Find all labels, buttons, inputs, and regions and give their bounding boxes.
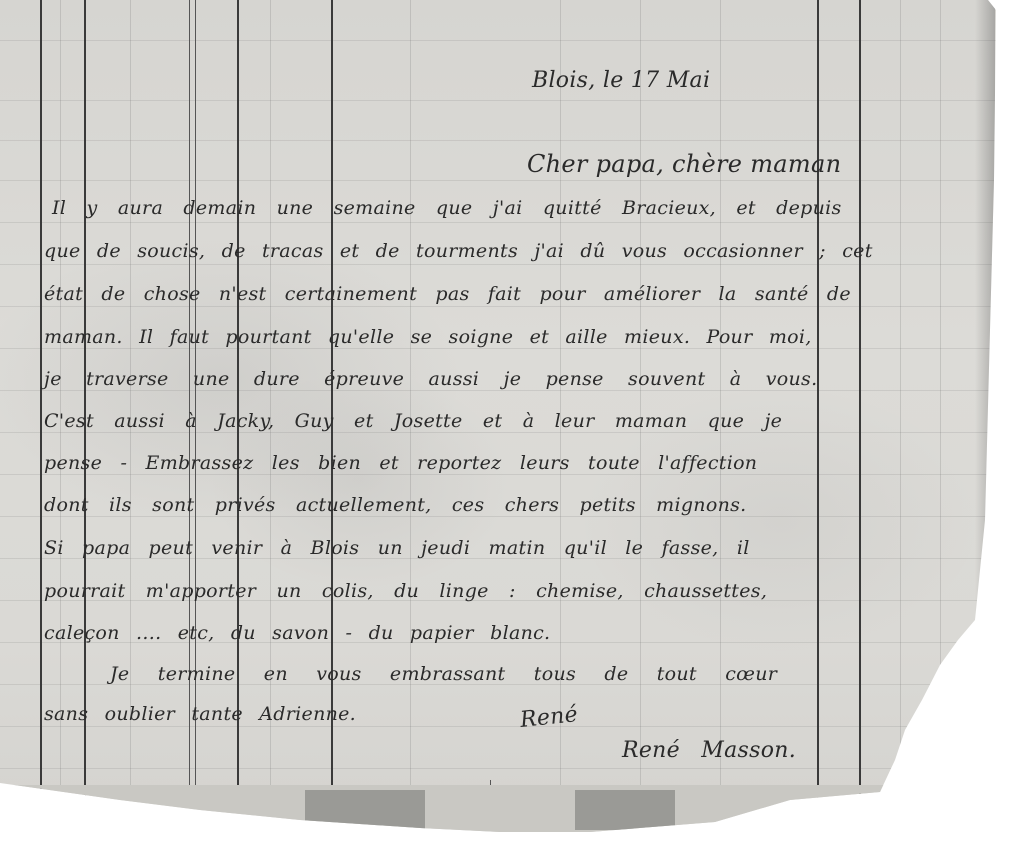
body-line: état de chose n'est certainement pas fai…	[44, 283, 851, 305]
body-line: dont ils sont privés actuellement, ces c…	[44, 494, 747, 516]
ruled-line	[0, 40, 1024, 41]
body-line: pense - Embrassez les bien et reportez l…	[44, 452, 757, 474]
body-line: C'est aussi à Jacky, Guy et Josette et à…	[44, 410, 782, 432]
body-line: que de soucis, de tracas et de tourments…	[44, 240, 873, 262]
closing-line: Je termine en vous embrassant tous de to…	[110, 663, 777, 685]
ruled-line	[0, 100, 1024, 101]
body-line: Si papa peut venir à Blois un jeudi mati…	[44, 537, 750, 559]
ruled-line	[0, 726, 1024, 727]
signature-short: René	[519, 702, 579, 733]
faint-column-line	[900, 0, 901, 800]
body-line: Il y aura demain une semaine que j'ai qu…	[52, 197, 842, 219]
ruled-line	[0, 768, 1024, 769]
column-rule	[859, 0, 861, 800]
ruled-line	[0, 306, 1024, 307]
faint-column-line	[940, 0, 941, 800]
ledger-bottom-strip	[0, 785, 1024, 835]
column-rule	[817, 0, 819, 800]
ruled-line	[0, 432, 1024, 433]
body-line: je traverse une dure épreuve aussi je pe…	[44, 368, 817, 390]
faint-column-line	[60, 0, 61, 800]
letter-paper: Blois, le 17 Mai Cher papa, chère maman …	[0, 0, 1024, 860]
ruled-line	[0, 264, 1024, 265]
torn-edge-shadow	[975, 0, 995, 640]
body-line: maman. Il faut pourtant qu'elle se soign…	[44, 326, 812, 348]
ruled-line	[0, 180, 1024, 181]
stain	[305, 790, 425, 830]
letter-date: Blois, le 17 Mai	[532, 68, 710, 93]
column-rule	[84, 0, 86, 800]
body-line: pourrait m'apporter un colis, du linge :…	[44, 580, 767, 602]
letter-salutation: Cher papa, chère maman	[527, 150, 841, 178]
closing-line: sans oublier tante Adrienne.	[44, 703, 356, 725]
signature-full: René Masson.	[622, 738, 796, 763]
column-rule	[40, 0, 42, 800]
ruled-line	[0, 348, 1024, 349]
stain	[575, 790, 675, 830]
body-line: caleçon .... etc, du savon - du papier b…	[44, 622, 550, 644]
ruled-line	[0, 474, 1024, 475]
ruled-line	[0, 390, 1024, 391]
ruled-line	[0, 140, 1024, 141]
ruled-line	[0, 222, 1024, 223]
ruled-line	[0, 516, 1024, 517]
